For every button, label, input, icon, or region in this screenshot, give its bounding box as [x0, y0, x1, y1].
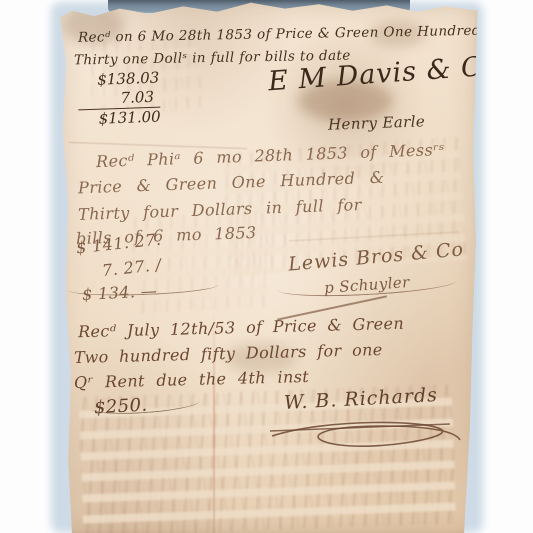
- receipt-text-line: Thirty four Dollars in full for: [78, 195, 362, 224]
- receipt-text-line: Two hundred fifty Dollars for one: [74, 340, 383, 367]
- receipt-text-line: Qʳ Rent due the 4th inst: [74, 367, 310, 392]
- receipt-text-line: Recᵈ Phiᵃ 6 mo 28th 1853 of Messʳˢ: [96, 140, 445, 171]
- signature-lewis-bros: Lewis Bros & Co: [287, 238, 464, 275]
- amount-net: $131.00: [78, 108, 161, 130]
- amount-column: $138.03 7.03 $131.00: [77, 69, 161, 130]
- receipt-text-line: Recᵈ on 6 Mo 28th 1853 of Price & Green …: [78, 22, 512, 46]
- flourish-underline: [278, 271, 457, 299]
- crease-line: [289, 231, 458, 241]
- receipt-text-line: Price & Green One Hundred &: [78, 168, 385, 198]
- flourish-underline: [68, 277, 218, 297]
- receipt-paper: Recᵈ on 6 Mo 28th 1853 of Price & Green …: [56, 0, 480, 533]
- signature-wb-richards: W. B. Richards: [284, 384, 439, 414]
- signature-flourish: [268, 414, 464, 460]
- receipt-text-line: Recᵈ July 12th/53 of Price & Green: [78, 314, 405, 342]
- signature-henry-earle: Henry Earle: [328, 112, 426, 133]
- amount-deduction: 7. 27. /: [101, 255, 162, 280]
